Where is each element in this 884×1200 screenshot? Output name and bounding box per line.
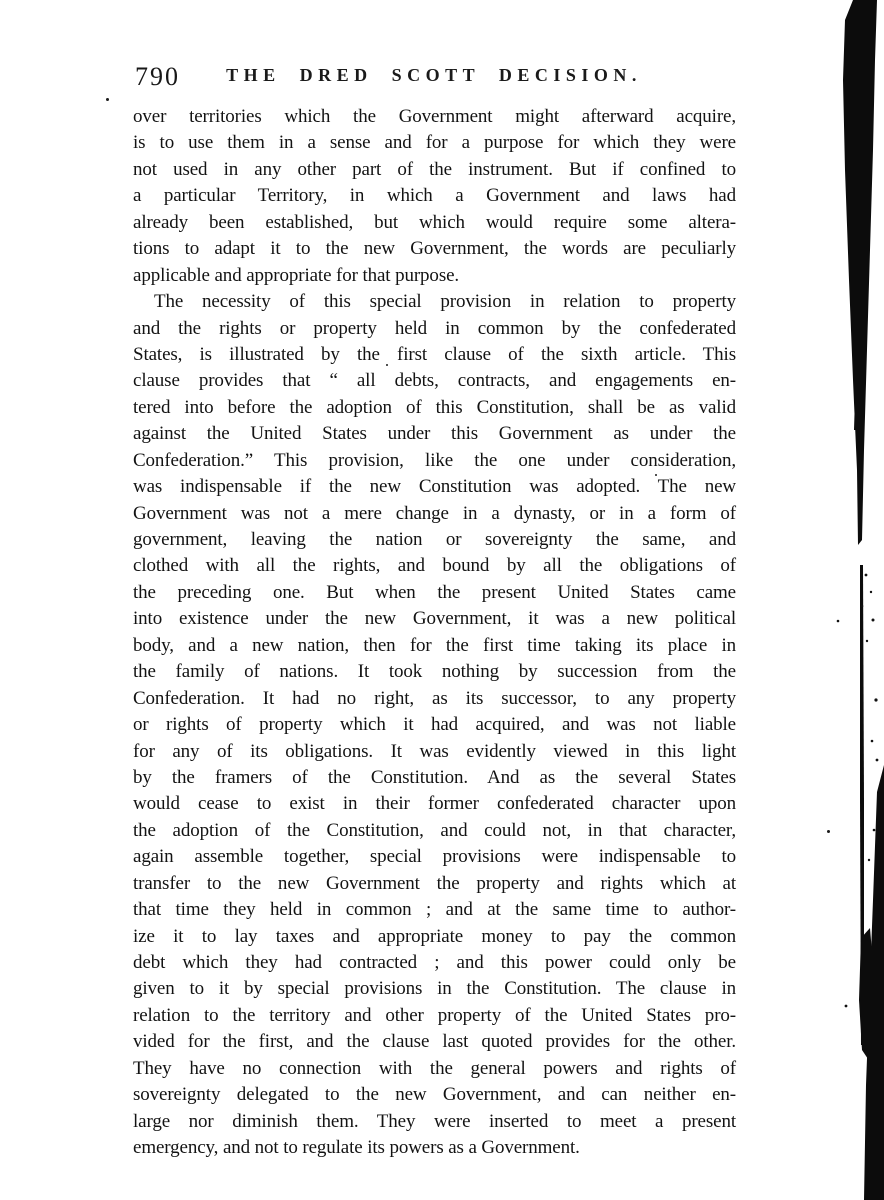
text-line: already been established, but which woul… xyxy=(133,210,736,236)
page-header: 790 THE DRED SCOTT DECISION. xyxy=(133,60,735,94)
text-line: given to it by special provisions in the… xyxy=(133,976,736,1002)
text-line: by the framers of the Constitution. And … xyxy=(133,765,736,791)
text-line: the preceding one. But when the present … xyxy=(133,580,736,606)
text-line: emergency, and not to regulate its power… xyxy=(133,1135,736,1161)
page-number: 790 xyxy=(135,62,180,92)
text-line: tions to adapt it to the new Government,… xyxy=(133,236,736,262)
text-line: clothed with all the rights, and bound b… xyxy=(133,553,736,579)
ink-speck xyxy=(106,98,109,101)
text-line: applicable and appropriate for that purp… xyxy=(133,263,736,289)
text-line: ize it to lay taxes and appropriate mone… xyxy=(133,924,736,950)
text-line: was indispensable if the new Constitutio… xyxy=(133,474,736,500)
text-line: The necessity of this special provision … xyxy=(133,289,736,315)
text-line: against the United States under this Gov… xyxy=(133,421,736,447)
text-line: tered into before the adoption of this C… xyxy=(133,395,736,421)
text-line: relation to the territory and other prop… xyxy=(133,1003,736,1029)
text-line: the family of nations. It took nothing b… xyxy=(133,659,736,685)
text-line: government, leaving the nation or sovere… xyxy=(133,527,736,553)
text-line: for any of its obligations. It was evide… xyxy=(133,739,736,765)
text-line: body, and a new nation, then for the fir… xyxy=(133,633,736,659)
ink-speck xyxy=(386,364,388,366)
text-line: Confederation. It had no right, as its s… xyxy=(133,686,736,712)
text-line: the adoption of the Constitution, and co… xyxy=(133,818,736,844)
text-line: a particular Territory, in which a Gover… xyxy=(133,183,736,209)
text-line: sovereignty delegated to the new Governm… xyxy=(133,1082,736,1108)
text-line: States, is illustrated by the first clau… xyxy=(133,342,736,368)
text-line: Government was not a mere change in a dy… xyxy=(133,501,736,527)
page-text: over territories which the Government mi… xyxy=(133,104,736,1162)
text-line: and the rights or property held in commo… xyxy=(133,316,736,342)
ink-speck xyxy=(655,474,657,476)
text-line: clause provides that “ all debts, contra… xyxy=(133,368,736,394)
text-line: Confederation.” This provision, like the… xyxy=(133,448,736,474)
text-line: vided for the first, and the clause last… xyxy=(133,1029,736,1055)
text-line: transfer to the new Government the prope… xyxy=(133,871,736,897)
text-line: would cease to exist in their former con… xyxy=(133,791,736,817)
ink-speck xyxy=(827,830,830,833)
text-line: over territories which the Government mi… xyxy=(133,104,736,130)
text-line: into existence under the new Government,… xyxy=(133,606,736,632)
text-line: large nor diminish them. They were inser… xyxy=(133,1109,736,1135)
text-line: that time they held in common ; and at t… xyxy=(133,897,736,923)
text-line: not used in any other part of the instru… xyxy=(133,157,736,183)
scanned-page: 790 THE DRED SCOTT DECISION. over territ… xyxy=(0,0,884,1200)
text-line: debt which they had contracted ; and thi… xyxy=(133,950,736,976)
text-line: They have no connection with the general… xyxy=(133,1056,736,1082)
text-line: or rights of property which it had acqui… xyxy=(133,712,736,738)
running-title: THE DRED SCOTT DECISION. xyxy=(133,60,735,86)
text-line: again assemble together, special provisi… xyxy=(133,844,736,870)
text-line: is to use them in a sense and for a purp… xyxy=(133,130,736,156)
